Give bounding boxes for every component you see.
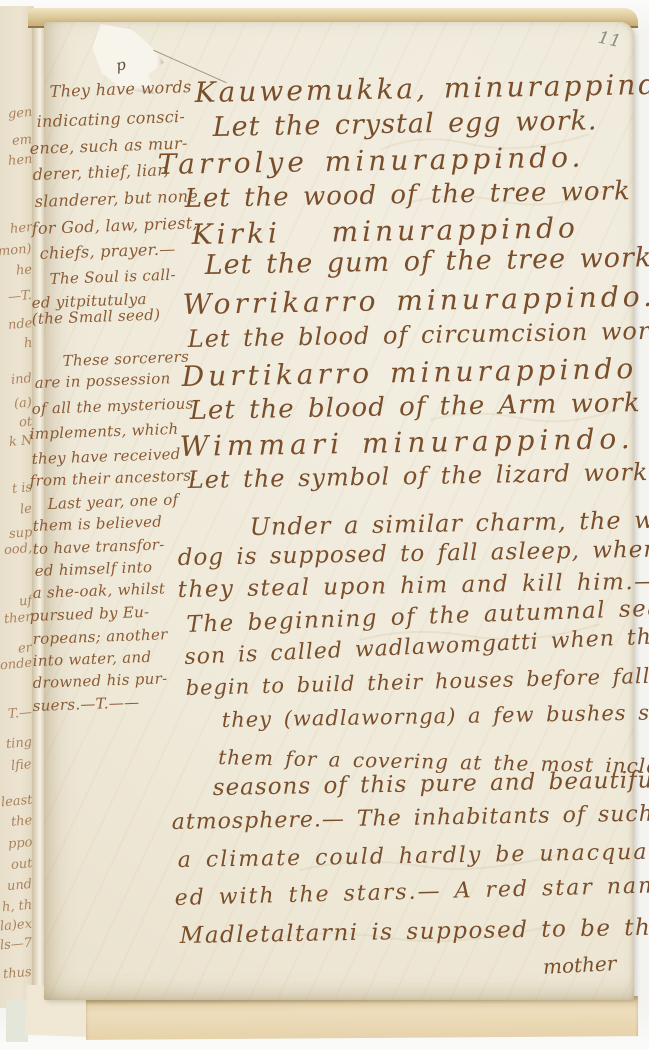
previous-page-edge: genemhenhermon)he—T.ndehind(a)otk Nt isl… <box>0 6 34 1008</box>
previous-page-text-fragment: k N <box>8 433 33 450</box>
catchword: mother <box>542 951 616 979</box>
previous-page-text-fragment: ting <box>5 735 32 752</box>
previous-page-text-fragment: em <box>11 132 32 149</box>
previous-page-text-fragment: gen <box>7 105 33 122</box>
previous-page-text-fragment: la)ex <box>0 917 33 935</box>
previous-page-text-fragment: er <box>17 640 32 656</box>
previous-page-text-fragment: uf <box>18 593 32 609</box>
previous-page-text-fragment: t is <box>11 480 32 497</box>
paper-texture <box>44 22 634 1000</box>
previous-page-text-fragment: le <box>20 502 33 518</box>
previous-page-text-fragment: ls—7 <box>0 936 33 954</box>
previous-page-text-fragment: he <box>15 262 32 278</box>
previous-page-text-fragment: her <box>9 220 33 237</box>
previous-page-text-fragment: least <box>0 793 33 811</box>
previous-page-text-fragment: (a) <box>13 395 32 412</box>
previous-page-text-fragment: und <box>6 877 32 894</box>
previous-page-text-fragment: —T. <box>7 288 32 305</box>
previous-page-text-fragment: ood, <box>3 541 32 558</box>
previous-page-text-fragment: ther <box>4 610 33 627</box>
previous-page-text-fragment: h, th <box>1 898 32 916</box>
previous-page-text-fragment: sup <box>8 525 33 542</box>
previous-page-text-fragment: ind <box>11 371 33 388</box>
previous-page-text-fragment: ppo <box>7 835 33 852</box>
document-scan: genemhenhermon)he—T.ndehind(a)otk Nt isl… <box>0 0 649 1050</box>
previous-page-text-fragment: mon) <box>0 242 33 260</box>
previous-page-text-fragment: T.— <box>7 705 32 722</box>
previous-page-text-fragment: thus <box>3 965 33 982</box>
manuscript-page <box>44 22 634 1000</box>
previous-page-text-fragment: out <box>10 856 33 873</box>
previous-page-text-fragment: onde <box>0 656 33 674</box>
previous-page-text-fragment: the <box>10 813 33 830</box>
previous-page-text-fragment: ot <box>18 414 32 430</box>
previous-page-text-fragment: hen <box>7 152 33 169</box>
previous-page-text-fragment: nde <box>7 316 33 333</box>
under-page-bottom-edge <box>86 996 638 1040</box>
previous-page-text-fragment: lfie <box>11 757 33 774</box>
